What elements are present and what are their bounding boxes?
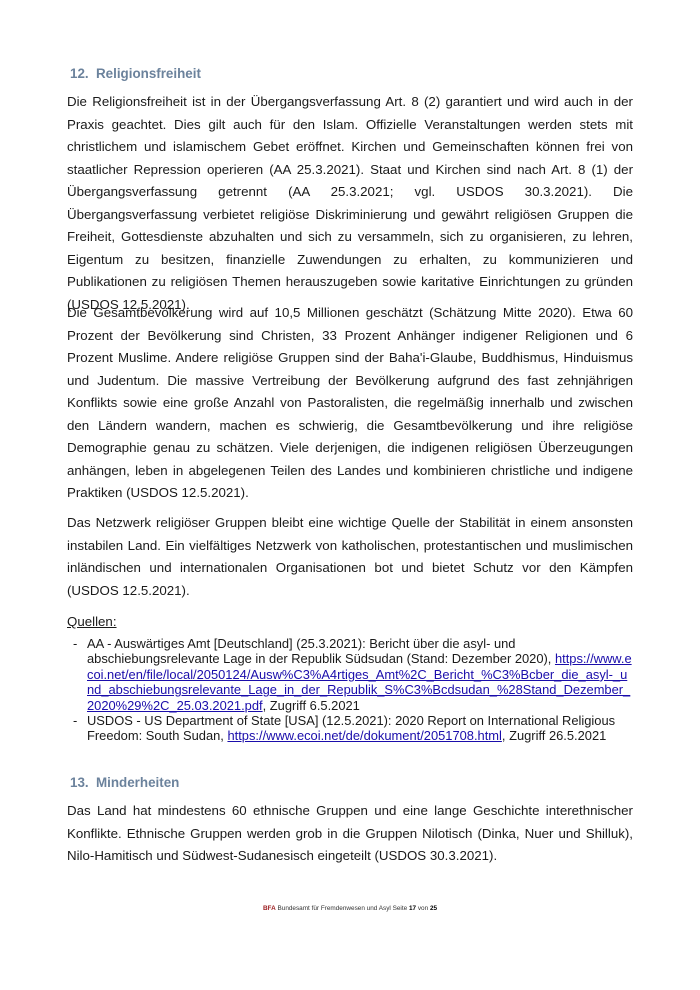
source-text: AA - Auswärtiges Amt [Deutschland] (25.3… (87, 636, 555, 666)
bfa-logo: BFA (263, 905, 276, 912)
source-item: - AA - Auswärtiges Amt [Deutschland] (25… (67, 636, 633, 713)
footer-of-label: von (418, 905, 428, 912)
sources-label: Quellen: (67, 614, 117, 629)
current-page: 17 (409, 905, 416, 912)
list-dash: - (73, 636, 77, 651)
section-number: 13. (70, 775, 96, 790)
source-link[interactable]: https://www.ecoi.net/de/dokument/2051708… (227, 728, 501, 743)
source-access-date: , Zugriff 6.5.2021 (263, 698, 360, 713)
section-heading-religionsfreiheit: 12.Religionsfreiheit (70, 66, 201, 81)
source-access-date: , Zugriff 26.5.2021 (502, 728, 606, 743)
list-dash: - (73, 713, 77, 728)
source-item: - USDOS - US Department of State [USA] (… (67, 713, 633, 744)
section-heading-minderheiten: 13.Minderheiten (70, 775, 179, 790)
total-pages: 25 (430, 905, 437, 912)
paragraph: Die Gesamtbevölkerung wird auf 10,5 Mill… (67, 302, 633, 505)
section-title: Religionsfreiheit (96, 66, 201, 81)
paragraph: Das Land hat mindestens 60 ethnische Gru… (67, 800, 633, 868)
footer-org: Bundesamt für Fremdenwesen und Asyl (278, 905, 391, 912)
page-footer: BFA Bundesamt für Fremdenwesen und Asyl … (0, 905, 700, 912)
section-title: Minderheiten (96, 775, 179, 790)
paragraph: Die Religionsfreiheit ist in der Übergan… (67, 91, 633, 316)
footer-page-label: Seite (393, 905, 408, 912)
section-number: 12. (70, 66, 96, 81)
sources-list: - AA - Auswärtiges Amt [Deutschland] (25… (67, 636, 633, 744)
paragraph: Das Netzwerk religiöser Gruppen bleibt e… (67, 512, 633, 602)
